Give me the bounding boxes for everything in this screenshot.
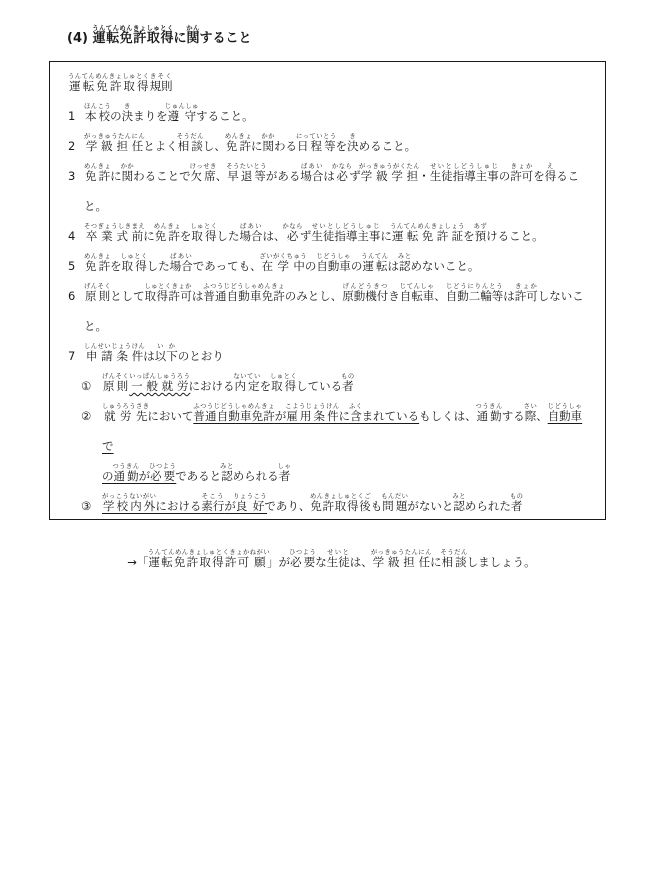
text-with-furigana: 認みと: [399, 259, 411, 273]
rule-text: 卒業式前そつぎょうしきまえに免許めんきょを取得しゅとくした場合ばあいは、必かなら…: [84, 221, 593, 251]
text-with-furigana: 以下いか: [155, 349, 178, 363]
text-run: のとおり: [178, 349, 224, 363]
text-run: の: [110, 109, 122, 123]
text-with-furigana: 願ねがい: [250, 555, 267, 569]
text-run: は、: [350, 555, 373, 569]
text-run: において: [147, 409, 193, 423]
text-with-furigana: 通勤つうきん: [114, 469, 139, 483]
text-with-furigana: 自動車じどうしゃ: [316, 259, 351, 273]
text-with-furigana: 原動機付げんどうきつ: [342, 289, 388, 303]
text-run: →「: [127, 555, 148, 569]
rule-number: 5: [68, 251, 84, 281]
text-run: し、: [203, 139, 226, 153]
text-run: は: [143, 349, 155, 363]
document-page: (4) 運転免許取得うんてんめんきょしゅとくに関かんすること 運転免許取得うんて…: [0, 0, 663, 885]
rule-number: 3: [68, 161, 84, 191]
text-with-furigana: 普通自動車免許ふつうじどうしゃめんきょ: [193, 409, 274, 423]
text-run: められた: [465, 499, 511, 513]
text-with-furigana: 預あず: [475, 229, 487, 243]
text-with-furigana: 者もの: [342, 379, 355, 393]
page-title: (4) 運転免許取得うんてんめんきょしゅとくに関かんすること: [0, 0, 663, 54]
text-run: として: [110, 289, 145, 303]
condition-item-2: ② 就労先しゅうろうさきにおいて普通自動車免許ふつうじどうしゃめんきょが雇用条件…: [81, 401, 593, 491]
rule-text: 免許めんきょに関かかわることで欠席けっせき、早退等そうたいとうがある場合ばあいは…: [84, 161, 593, 221]
text-with-furigana: 関かか: [262, 139, 274, 153]
text-with-furigana: 運転免許取得うんてんめんきょしゅとく: [92, 31, 173, 46]
text-with-furigana: 場合ばあい: [300, 169, 323, 183]
rule-text: 本校ほんこうの決きまりを遵守じゅんしゅすること。: [84, 101, 593, 131]
text-run: している: [296, 379, 342, 393]
condition-number: ①: [81, 371, 102, 401]
text-with-furigana: 学級担任がっきゅうたんにん: [84, 139, 143, 153]
text-run: であり、: [264, 499, 310, 513]
text-run: のみとし、: [285, 289, 343, 303]
text-run: (4): [67, 31, 92, 46]
text-run: まりを: [133, 109, 168, 123]
text-with-furigana: 取得許可しゅとくきょか: [145, 289, 192, 303]
text-with-furigana: 在学中ざいがくちゅう: [262, 259, 305, 273]
text-with-furigana: 運転免許証うんてんめんきょしょう: [392, 229, 463, 243]
text-with-furigana: 通勤つうきん: [477, 409, 502, 423]
rule-item-1: 1 本校ほんこうの決きまりを遵守じゅんしゅすること。: [68, 101, 593, 131]
text-with-furigana: 運転うんてん: [362, 259, 387, 273]
rule-item-3: 3 免許めんきょに関かかわることで欠席けっせき、早退等そうたいとうがある場合ばあ…: [68, 161, 593, 221]
text-run: き: [388, 289, 400, 303]
text-with-furigana: 学級担任がっきゅうたんにん: [373, 555, 430, 569]
text-with-furigana: 免許めんきょ: [84, 259, 110, 273]
text-run: とよく: [143, 139, 178, 153]
text-with-furigana: 認みと: [221, 469, 233, 483]
text-run: ・: [418, 169, 430, 183]
text-run: の: [499, 169, 511, 183]
condition-text: 就労先しゅうろうさきにおいて普通自動車免許ふつうじどうしゃめんきょが雇用条件こよ…: [102, 401, 593, 491]
text-with-furigana: 際さい: [525, 409, 537, 423]
text-with-furigana: 遵守じゅんしゅ: [168, 109, 197, 123]
text-run: した: [216, 229, 239, 243]
rule-text: 免許めんきょを取得しゅとくした場合ばあいであっても、在学中ざいがくちゅうの自動車…: [84, 251, 593, 281]
text-with-furigana: 生徒指導主事せいとしどうしゅじ: [311, 229, 380, 243]
application-conditions-list: ① 原則げんそく一般就労いっぱんしゅうろうにおける内定ないていを取得しゅとくして…: [81, 371, 593, 520]
text-run: すること。: [196, 109, 254, 123]
text-run: であっても、: [193, 259, 262, 273]
text-with-furigana: 取得しゅとく: [191, 229, 216, 243]
text-with-furigana: 相談そうだん: [178, 139, 203, 153]
text-run: と。: [84, 319, 107, 333]
text-run: わる: [274, 139, 297, 153]
text-with-furigana: 含ふく: [350, 409, 362, 423]
text-with-furigana: 場合ばあい: [170, 259, 193, 273]
text-run: められる: [233, 469, 279, 483]
text-with-furigana: 関かん: [186, 31, 199, 46]
condition-number: ②: [81, 401, 102, 431]
text-with-furigana: 者しゃ: [279, 469, 292, 483]
text-with-furigana: 関かか: [122, 169, 134, 183]
text-run: を: [336, 139, 348, 153]
text-with-furigana: 得え: [545, 169, 557, 183]
text-with-furigana: 免許取得後めんきょしゅとくご: [310, 499, 370, 513]
text-run: がある: [266, 169, 301, 183]
rule-number: 1: [68, 101, 84, 131]
condition-text: 原則げんそく一般就労いっぱんしゅうろうにおける内定ないていを取得しゅとくしている…: [102, 371, 593, 401]
text-run: で: [102, 439, 114, 453]
text-run: を: [463, 229, 475, 243]
text-with-furigana: 必かなら: [335, 169, 349, 183]
rule-number: 4: [68, 221, 84, 251]
text-with-furigana: 学級学担がっきゅうがくたん: [361, 169, 418, 183]
text-run: に: [173, 31, 186, 46]
text-with-furigana: 内定ないてい: [234, 379, 259, 393]
text-run: しないこ: [538, 289, 584, 303]
text-run: における: [155, 499, 201, 513]
rule-number: 6: [68, 281, 84, 311]
condition-item-1: ① 原則げんそく一般就労いっぱんしゅうろうにおける内定ないていを取得しゅとくして…: [81, 371, 593, 401]
text-run: がないと: [407, 499, 453, 513]
text-run: する: [502, 409, 525, 423]
text-with-furigana: 普通自動車免許ふつうじどうしゃめんきょ: [203, 289, 284, 303]
text-with-furigana: 一般就労いっぱんしゅうろう: [129, 379, 188, 393]
text-with-furigana: 決き: [347, 139, 359, 153]
text-run: まれている: [362, 409, 420, 423]
text-run: すること: [199, 31, 251, 46]
text-with-furigana: 日程等にっていとう: [297, 139, 336, 153]
text-run: な: [315, 555, 327, 569]
text-with-furigana: 欠席けっせき: [191, 169, 216, 183]
rule-item-4: 4 卒業式前そつぎょうしきまえに免許めんきょを取得しゅとくした場合ばあいは、必か…: [68, 221, 593, 251]
condition-item-3: ③ 学校内外がっこうないがいにおける素行そこうが良好りょうこうであり、免許取得後…: [81, 491, 593, 520]
rules-box: 運転免許取得うんてんめんきょしゅとく規則きそく 1 本校ほんこうの決きまりを遵守…: [49, 61, 606, 520]
text-run: を: [110, 259, 122, 273]
text-with-furigana: 雇用条件こようじょうけん: [286, 409, 338, 423]
text-run: に: [110, 169, 122, 183]
text-run: 、: [536, 409, 548, 423]
condition-number: ③: [81, 491, 102, 520]
text-with-furigana: 自動車じどうしゃ: [548, 409, 583, 423]
text-with-furigana: 原則げんそく: [102, 379, 129, 393]
rule-number: 2: [68, 131, 84, 161]
rule-item-5: 5 免許めんきょを取得しゅとくした場合ばあいであっても、在学中ざいがくちゅうの自…: [68, 251, 593, 281]
text-with-furigana: 自動二輪等じどうにりんとう: [446, 289, 504, 303]
text-with-furigana: 問題もんだい: [382, 499, 407, 513]
text-with-furigana: 早退等そうたいとう: [227, 169, 266, 183]
text-with-furigana: 免許めんきょ: [226, 139, 251, 153]
rule-text: 学級担任がっきゅうたんにんとよく相談そうだんし、免許めんきょに関かかわる日程等に…: [84, 131, 593, 161]
text-run: した: [147, 259, 170, 273]
text-run: に: [430, 555, 442, 569]
text-with-furigana: 運転免許取得うんてんめんきょしゅとく: [68, 79, 150, 93]
text-with-furigana: 就労先しゅうろうさき: [102, 409, 147, 423]
text-with-furigana: 決き: [122, 109, 134, 123]
text-with-furigana: 許可きょか: [515, 289, 538, 303]
text-with-furigana: 許可きょか: [510, 169, 533, 183]
rule-item-6: 6 原則げんそくとして取得許可しゅとくきょかは普通自動車免許ふつうじどうしゃめん…: [68, 281, 593, 341]
text-with-furigana: 生徒指導主事せいとしどうしゅじ: [430, 169, 499, 183]
rule-number: 7: [68, 341, 84, 371]
text-with-furigana: 生徒せいと: [327, 555, 350, 569]
text-run: わることで: [133, 169, 191, 183]
text-run: であると: [175, 469, 221, 483]
text-run: における: [188, 379, 234, 393]
text-with-furigana: 規則きそく: [150, 79, 173, 93]
text-run: けること。: [486, 229, 544, 243]
text-with-furigana: 相談そうだん: [442, 555, 467, 569]
text-with-furigana: 認みと: [453, 499, 465, 513]
footer-note: →「運転免許取得許可うんてんめんきょしゅとくきょか願ねがい」が必要ひつような生徒…: [0, 547, 663, 577]
text-with-furigana: 運転免許取得許可うんてんめんきょしゅとくきょか: [148, 555, 249, 569]
text-with-furigana: 免許めんきょ: [84, 169, 110, 183]
text-with-furigana: 取得しゅとく: [271, 379, 296, 393]
text-with-furigana: 原則げんそく: [84, 289, 110, 303]
text-with-furigana: 良好りょうこう: [236, 499, 265, 513]
text-with-furigana: 取得しゅとく: [122, 259, 147, 273]
rule-text: 原則げんそくとして取得許可しゅとくきょかは普通自動車免許ふつうじどうしゃめんきょ…: [84, 281, 593, 341]
text-run: ず: [300, 229, 312, 243]
text-with-furigana: 学校内外がっこうないがい: [102, 499, 155, 513]
text-run: は: [192, 289, 204, 303]
text-run: を: [533, 169, 545, 183]
text-run: 」が: [267, 555, 290, 569]
text-with-furigana: 必かなら: [285, 229, 299, 243]
rule-item-2: 2 学級担任がっきゅうたんにんとよく相談そうだんし、免許めんきょに関かかわる日程…: [68, 131, 593, 161]
text-with-furigana: 本校ほんこう: [84, 109, 110, 123]
text-with-furigana: 者もの: [511, 499, 524, 513]
text-run: もしくは、: [419, 409, 477, 423]
text-with-furigana: 自転車じてんしゃ: [400, 289, 435, 303]
text-run: しましょう。: [467, 555, 536, 569]
text-run: めないこと。: [410, 259, 479, 273]
condition-text: 学校内外がっこうないがいにおける素行そこうが良好りょうこうであり、免許取得後めん…: [102, 491, 593, 520]
text-with-furigana: 必要ひつよう: [290, 555, 315, 569]
text-with-furigana: 必要ひつよう: [150, 469, 175, 483]
text-run: 、: [434, 289, 446, 303]
text-with-furigana: 免許めんきょ: [155, 229, 180, 243]
rule-text: 申請条件しんせいじょうけんは以下いかのとおり: [84, 341, 593, 371]
text-with-furigana: 卒業式前そつぎょうしきまえ: [84, 229, 143, 243]
text-with-furigana: 申請条件しんせいじょうけん: [84, 349, 143, 363]
text-run: の: [305, 259, 317, 273]
text-run: は: [503, 289, 515, 303]
rule-item-7: 7 申請条件しんせいじょうけんは以下いかのとおり: [68, 341, 593, 371]
rules-box-title: 運転免許取得うんてんめんきょしゅとく規則きそく: [68, 71, 593, 101]
text-with-furigana: 場合ばあい: [239, 229, 262, 243]
text-run: めること。: [359, 139, 417, 153]
text-with-furigana: 素行そこう: [201, 499, 224, 513]
